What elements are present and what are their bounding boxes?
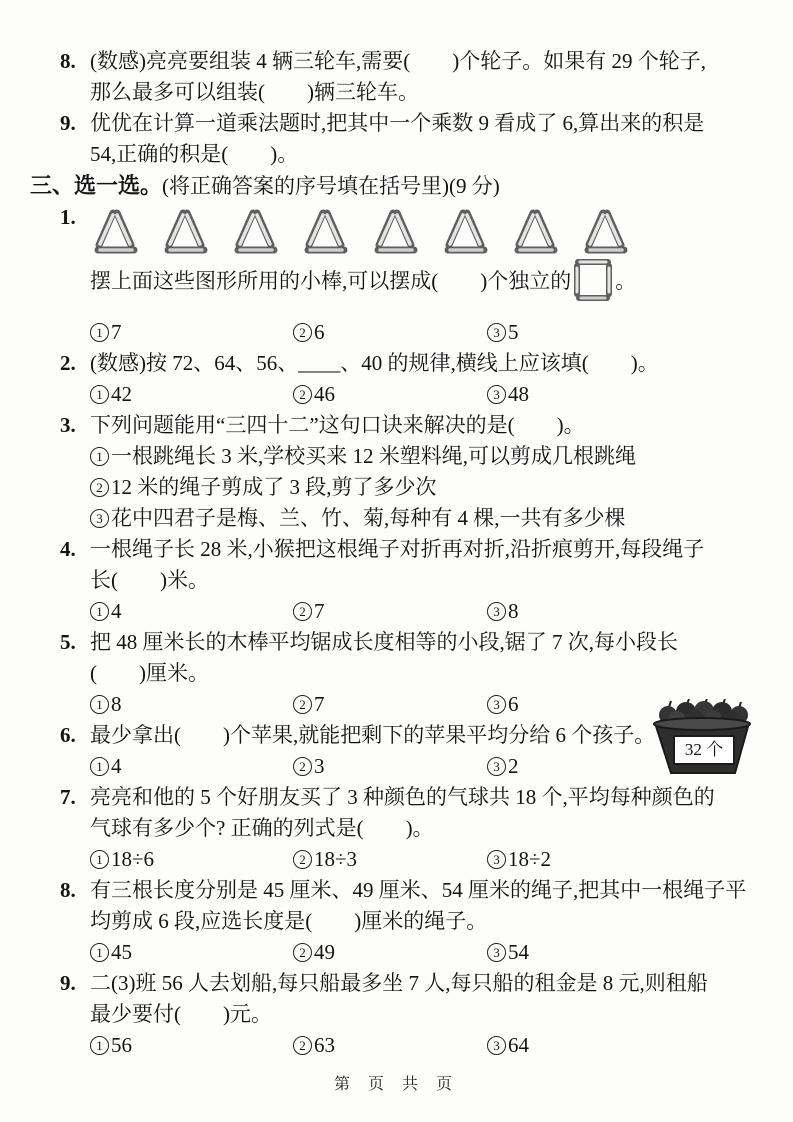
question-text-line: (数感)按 72、64、56、____、40 的规律,横线上应该填( )。 [90,348,755,379]
option-1: 142 [90,379,293,410]
choice-question-4: 4. 一根绳子长 28 米,小猴把这根绳子对折再对折,沿折痕剪开,每段绳子 长(… [60,534,755,627]
fill-question-9: 9. 优优在计算一道乘法题时,把其中一个乘数 9 看成了 6,算出来的积是 54… [60,108,755,170]
choice-question-1: 1. 摆上面这些图形所用的小棒,可以摆成( )个独立的 [60,202,755,348]
option-1: 118÷6 [90,844,293,875]
question-text-line: 优优在计算一道乘法题时,把其中一个乘数 9 看成了 6,算出来的积是 [90,108,755,139]
choice-question-8: 8. 有三根长度分别是 45 厘米、49 厘米、54 厘米的绳子,把其中一根绳子… [60,875,755,968]
question-text-line: 下列问题能用“三四十二”这句口诀来解决的是( )。 [90,410,755,441]
options-row: 118÷6 218÷3 318÷2 [90,844,755,875]
matchstick-triangle-icon [302,206,350,254]
question-number: 9. [60,108,90,139]
circled-number-icon: 1 [90,602,109,621]
question-number: 1. [60,202,90,233]
option-3: 3花中四君子是梅、兰、竹、菊,每种有 4 棵,一共有多少棵 [90,503,755,534]
question-text-line: 有三根长度分别是 45 厘米、49 厘米、54 厘米的绳子,把其中一根绳子平 [90,875,755,906]
option-1: 1一根跳绳长 3 米,学校买来 12 米塑料绳,可以剪成几根跳绳 [90,441,755,472]
option-1: 14 [90,596,293,627]
option-2: 26 [293,317,487,348]
matchstick-triangle-icon [512,206,560,254]
circled-number-icon: 1 [90,695,109,714]
option-1: 14 [90,751,293,782]
question-text-line: 二(3)班 56 人去划船,每只船最多坐 7 人,每只船的租金是 8 元,则租船 [90,968,755,999]
section-title: 三、选一选。 [30,173,162,198]
option-2: 263 [293,1030,487,1061]
circled-number-icon: 1 [90,757,109,776]
question-number: 8. [60,46,90,77]
apple-count-label: 32 个 [673,735,735,765]
option-3: 38 [487,596,755,627]
question-number: 5. [60,627,90,658]
question-text-line: 那么最多可以组装( )辆三轮车。 [90,77,755,108]
option-1: 156 [90,1030,293,1061]
question-number: 6. [60,720,90,751]
circled-number-icon: 1 [90,850,109,869]
matchstick-triangle-icon [582,206,630,254]
option-3: 348 [487,379,755,410]
question-text-line: 亮亮和他的 5 个好朋友买了 3 种颜色的气球共 18 个,平均每种颜色的 [90,782,755,813]
matchstick-square-icon [572,256,614,317]
question-text-line: 气球有多少个? 正确的列式是( )。 [90,813,755,844]
circled-number-icon: 1 [90,943,109,962]
circled-number-icon: 3 [487,850,506,869]
circled-number-icon: 2 [293,323,312,342]
option-2: 212 米的绳子剪成了 3 段,剪了多少次 [90,472,755,503]
option-1: 18 [90,689,293,720]
option-3: 354 [487,937,755,968]
question-text: 摆上面这些图形所用的小棒,可以摆成( )个独立的 [90,269,571,293]
question-text-line: ( )厘米。 [90,658,755,689]
question-number: 8. [60,875,90,906]
circled-number-icon: 1 [90,1036,109,1055]
circled-number-icon: 3 [487,602,506,621]
question-text-line: 把 48 厘米长的木棒平均锯成长度相等的小段,锯了 7 次,每小段长 [90,627,755,658]
question-number: 3. [60,410,90,441]
option-2: 249 [293,937,487,968]
matchstick-triangle-icon [162,206,210,254]
circled-number-icon: 2 [293,602,312,621]
options-row: 17 26 35 [90,317,755,348]
circled-number-icon: 3 [487,757,506,776]
circled-number-icon: 2 [90,478,109,497]
circled-number-icon: 2 [293,757,312,776]
option-1: 17 [90,317,293,348]
option-2: 218÷3 [293,844,487,875]
option-3: 318÷2 [487,844,755,875]
question-text-line: 一根绳子长 28 米,小猴把这根绳子对折再对折,沿折痕剪开,每段绳子 [90,534,755,565]
circled-number-icon: 3 [487,385,506,404]
matchstick-triangles-figure [92,204,755,254]
circled-number-icon: 2 [293,943,312,962]
matchstick-triangle-icon [232,206,280,254]
option-1: 145 [90,937,293,968]
circled-number-icon: 2 [293,1036,312,1055]
circled-number-icon: 3 [487,695,506,714]
option-2: 27 [293,689,487,720]
circled-number-icon: 3 [90,509,109,528]
question-text: 。 [615,269,636,293]
option-3: 364 [487,1030,755,1061]
worksheet-page: { "fill": { "q8": { "num": "8.", "l1": "… [0,0,793,1122]
question-number: 2. [60,348,90,379]
options-row: 145 249 354 [90,937,755,968]
page-footer: 第 页 共 页 [0,1069,793,1100]
question-text-line: (数感)亮亮要组装 4 辆三轮车,需要( )个轮子。如果有 29 个轮子, [90,46,755,77]
circled-number-icon: 1 [90,447,109,466]
option-2: 23 [293,751,487,782]
options-row: 156 263 364 [90,1030,755,1061]
question-text-line: 均剪成 6 段,应选长度是( )厘米的绳子。 [90,906,755,937]
choice-question-7: 7. 亮亮和他的 5 个好朋友买了 3 种颜色的气球共 18 个,平均每种颜色的… [60,782,755,875]
choice-question-9: 9. 二(3)班 56 人去划船,每只船最多坐 7 人,每只船的租金是 8 元,… [60,968,755,1061]
fill-question-8: 8. (数感)亮亮要组装 4 辆三轮车,需要( )个轮子。如果有 29 个轮子,… [60,46,755,108]
matchstick-triangle-icon [372,206,420,254]
options-row: 14 27 38 [90,596,755,627]
options-row: 142 246 348 [90,379,755,410]
question-number: 4. [60,534,90,565]
question-text-line: 摆上面这些图形所用的小棒,可以摆成( )个独立的 。 [90,256,755,317]
choice-question-2: 2. (数感)按 72、64、56、____、40 的规律,横线上应该填( )。… [60,348,755,410]
question-text-line: 长( )米。 [90,565,755,596]
circled-number-icon: 3 [487,1036,506,1055]
circled-number-icon: 2 [293,850,312,869]
question-text-line: 54,正确的积是( )。 [90,139,755,170]
circled-number-icon: 1 [90,323,109,342]
option-2: 246 [293,379,487,410]
matchstick-triangle-icon [442,206,490,254]
circled-number-icon: 2 [293,695,312,714]
circled-number-icon: 2 [293,385,312,404]
circled-number-icon: 3 [487,323,506,342]
circled-number-icon: 3 [487,943,506,962]
question-number: 9. [60,968,90,999]
section-header: 三、选一选。(将正确答案的序号填在括号里)(9 分) [30,170,755,202]
section-note: (将正确答案的序号填在括号里)(9 分) [162,174,500,198]
question-text-line: 最少要付( )元。 [90,999,755,1030]
circled-number-icon: 1 [90,385,109,404]
matchstick-triangle-icon [92,206,140,254]
apple-basket-figure: 32 个 [647,699,757,779]
choice-question-3: 3. 下列问题能用“三四十二”这句口诀来解决的是( )。 1一根跳绳长 3 米,… [60,410,755,534]
option-2: 27 [293,596,487,627]
worksheet-content: 8. (数感)亮亮要组装 4 辆三轮车,需要( )个轮子。如果有 29 个轮子,… [0,0,793,1061]
option-3: 35 [487,317,755,348]
question-number: 7. [60,782,90,813]
